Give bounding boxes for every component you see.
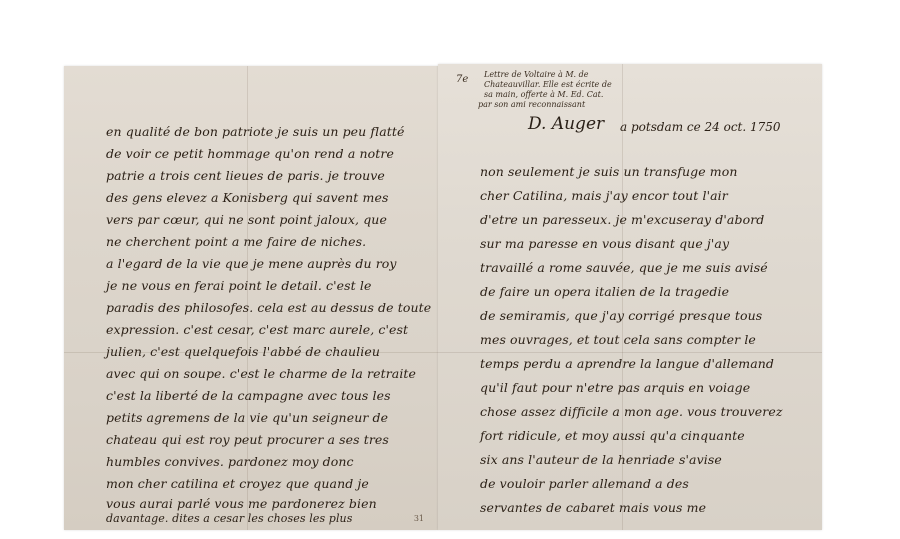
letter-line: avec qui on soupe. c'est le charme de la… bbox=[106, 366, 416, 381]
dateline: a potsdam ce 24 oct. 1750 bbox=[620, 120, 781, 134]
letter-line: six ans l'auteur de la henriade s'avise bbox=[480, 452, 722, 467]
letter-line: ne cherchent point a me faire de niches. bbox=[106, 234, 366, 249]
letter-line: davantage. dites a cesar les choses les … bbox=[106, 512, 353, 525]
letter-line: de vouloir parler allemand a des bbox=[480, 476, 689, 491]
letter-line: c'est la liberté de la campagne avec tou… bbox=[106, 388, 391, 403]
annotation-line: Lettre de Voltaire à M. de bbox=[484, 70, 588, 81]
page-number: 31 bbox=[414, 514, 424, 523]
letter-line: non seulement je suis un transfuge mon bbox=[480, 164, 738, 179]
folio-mark: 7e bbox=[456, 74, 468, 85]
letter-line: je ne vous en ferai point le detail. c'e… bbox=[106, 278, 371, 293]
letter-line: chateau qui est roy peut procurer a ses … bbox=[106, 432, 389, 447]
letter-line: mon cher catilina et croyez que quand je bbox=[106, 476, 369, 491]
letter-line: servantes de cabaret mais vous me bbox=[480, 500, 706, 515]
letter-line: humbles convives. pardonez moy donc bbox=[106, 454, 354, 469]
letter-line: en qualité de bon patriote je suis un pe… bbox=[106, 124, 405, 139]
letter-line: sur ma paresse en vous disant que j'ay bbox=[480, 236, 729, 251]
letter-line: qu'il faut pour n'etre pas arquis en voi… bbox=[480, 380, 750, 395]
letter-line: vous aurai parlé vous me pardonerez bien bbox=[106, 496, 377, 511]
fold-crease bbox=[438, 352, 822, 353]
letter-line: mes ouvrages, et tout cela sans compter … bbox=[480, 332, 756, 347]
letter-line: de semiramis, que j'ay corrigé presque t… bbox=[480, 308, 762, 323]
annotation-line: sa main, offerte à M. Ed. Cat. bbox=[484, 90, 603, 101]
letter-line: travaillé a rome sauvée, que je me suis … bbox=[480, 260, 768, 275]
letter-line: vers par cœur, qui ne sont point jaloux,… bbox=[106, 212, 387, 227]
letter-line: temps perdu a aprendre la langue d'allem… bbox=[480, 356, 774, 371]
letter-line: expression. c'est cesar, c'est marc aure… bbox=[106, 322, 408, 337]
letter-line: de voir ce petit hommage qu'on rend a no… bbox=[106, 146, 394, 161]
letter-left-page: en qualité de bon patriote je suis un pe… bbox=[64, 66, 438, 530]
letter-line: des gens elevez a Konisberg qui savent m… bbox=[106, 190, 388, 205]
letter-line: a l'egard de la vie que je mene auprès d… bbox=[106, 256, 397, 271]
letter-line: cher Catilina, mais j'ay encor tout l'ai… bbox=[480, 188, 728, 203]
letter-line: petits agremens de la vie qu'un seigneur… bbox=[106, 410, 388, 425]
letter-line: de faire un opera italien de la tragedie bbox=[480, 284, 729, 299]
letter-right-page: 7e Lettre de Voltaire à M. de Chateauvil… bbox=[438, 64, 822, 530]
annotation-signature: D. Auger bbox=[528, 114, 604, 134]
annotation-line: Chateauvillar. Elle est écrite de bbox=[484, 80, 612, 91]
letter-line: patrie a trois cent lieues de paris. je … bbox=[106, 168, 385, 183]
letter-line: paradis des philosofes. cela est au dess… bbox=[106, 300, 431, 315]
letter-line: julien, c'est quelquefois l'abbé de chau… bbox=[106, 344, 380, 359]
letter-line: fort ridicule, et moy aussi qu'a cinquan… bbox=[480, 428, 745, 443]
letter-line: d'etre un paresseux. je m'excuseray d'ab… bbox=[480, 212, 764, 227]
annotation-line: par son ami reconnaissant bbox=[478, 100, 585, 111]
letter-line: chose assez difficile a mon age. vous tr… bbox=[480, 404, 783, 419]
